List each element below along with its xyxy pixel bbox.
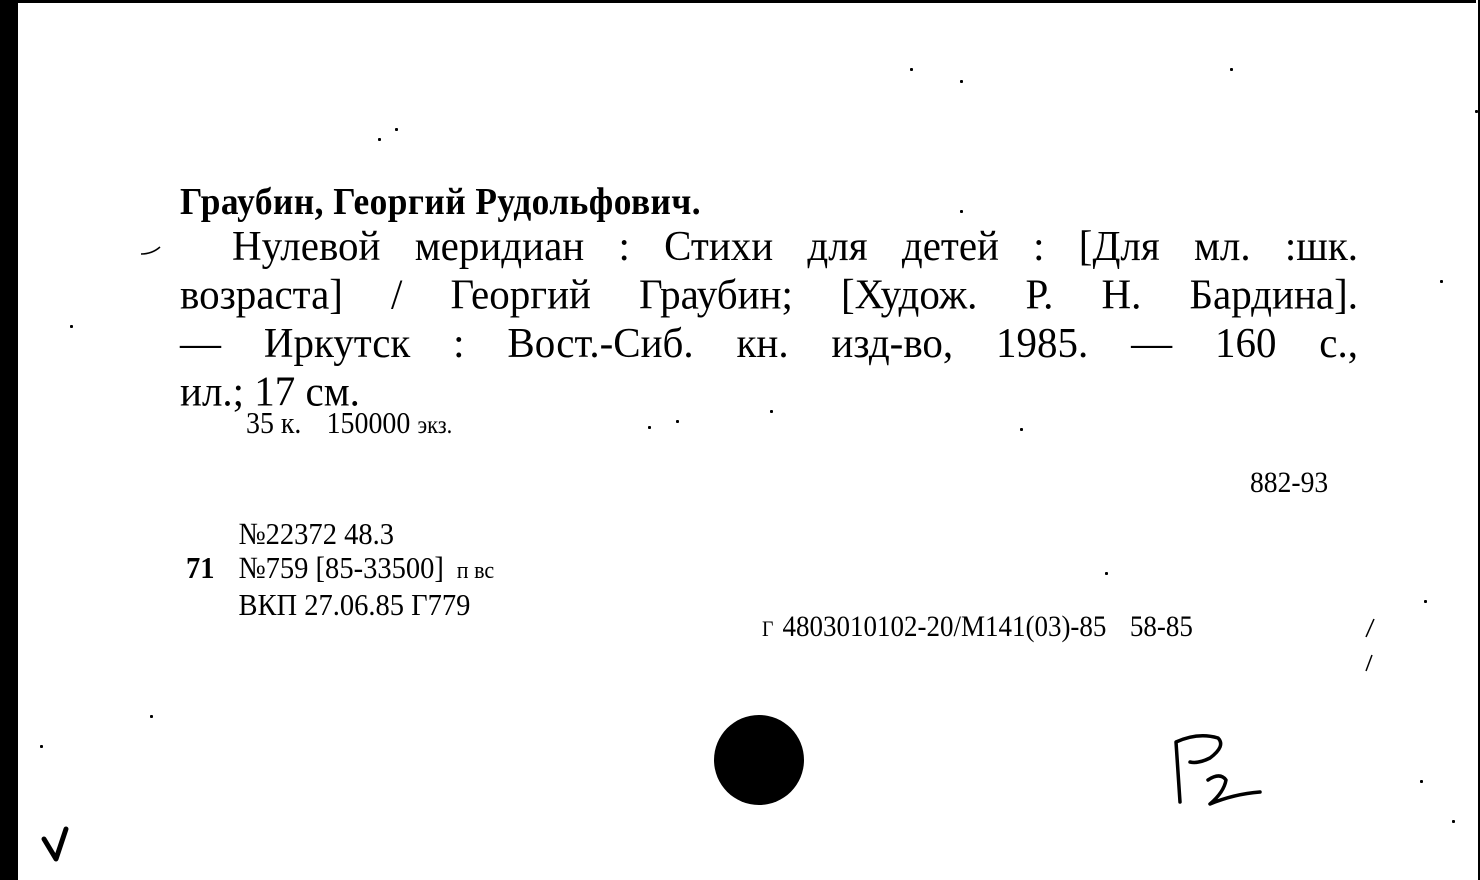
check-mark-icon	[40, 825, 80, 865]
scan-speck	[40, 745, 43, 748]
print-run-number: 150000	[327, 405, 411, 440]
tech-line-3: ВКП 27.06.85 Г779	[186, 588, 494, 622]
scan-speck	[395, 128, 398, 131]
bibliographic-description: Нулевой меридиан : Стихи для детей : [Дл…	[180, 222, 1358, 416]
index-code-line: Г4803010102-20/М141(03)-8558-85	[762, 610, 1193, 644]
description-line-responsibility: возраста] / Георгий Граубин; [Худож. Р. …	[180, 270, 1358, 318]
scan-speck	[1420, 780, 1423, 783]
index-code: 4803010102-20/М141(03)-85	[782, 610, 1106, 643]
tech-line-2-suffix: п вс	[457, 558, 494, 584]
technical-record-block: №22372 48.3 71№759 [85-33500]п вс ВКП 27…	[186, 517, 494, 622]
scan-stroke	[1360, 615, 1380, 675]
scan-speck	[960, 80, 963, 83]
index-prefix: Г	[762, 616, 773, 641]
scan-speck	[770, 410, 773, 413]
catalog-card: Граубин, Георгий Рудольфович. Нулевой ме…	[0, 0, 1480, 880]
print-run-unit: экз.	[418, 412, 453, 439]
description-line-publication: — Иркутск : Вост.-Сиб. кн. изд-во, 1985.…	[180, 319, 1358, 367]
scan-speck	[1424, 600, 1427, 603]
scan-speck	[1440, 280, 1443, 283]
tech-line-3-text: ВКП 27.06.85 Г779	[238, 587, 470, 622]
scan-speck	[1452, 820, 1455, 823]
scan-speck	[960, 210, 963, 213]
tech-line-2-text: №759 [85-33500]	[238, 550, 443, 585]
tech-line-2: 71№759 [85-33500]п вс	[186, 551, 494, 588]
punch-hole	[714, 715, 804, 805]
scan-speck	[1230, 68, 1233, 71]
scan-speck	[378, 138, 381, 141]
card-number: 58-85	[1130, 610, 1193, 643]
price: 35 к.	[246, 405, 301, 440]
scan-speck	[1105, 572, 1108, 575]
scan-speck	[676, 420, 679, 423]
scan-speck	[70, 325, 73, 328]
description-line-title: Нулевой меридиан : Стихи для детей : [Дл…	[180, 222, 1358, 270]
tech-line-1-text: №22372 48.3	[238, 516, 394, 551]
side-number: 71	[186, 551, 215, 585]
scan-speck	[648, 426, 651, 429]
author-heading: Граубин, Георгий Рудольфович.	[180, 180, 701, 224]
handwritten-p2-mark	[1168, 730, 1268, 810]
tech-line-1: №22372 48.3	[186, 517, 494, 551]
scan-speck	[1475, 110, 1478, 113]
scan-border-right-gap	[1476, 0, 1478, 880]
price-and-print-run: 35 к.150000экз.	[246, 405, 478, 441]
scan-speck	[910, 68, 913, 71]
scan-border-left	[0, 0, 18, 880]
classification-code: 882-93	[1250, 466, 1328, 500]
scan-speck	[1020, 428, 1023, 431]
scan-border-top	[0, 0, 1480, 3]
scan-speck	[150, 715, 153, 718]
scan-stroke	[140, 244, 162, 256]
